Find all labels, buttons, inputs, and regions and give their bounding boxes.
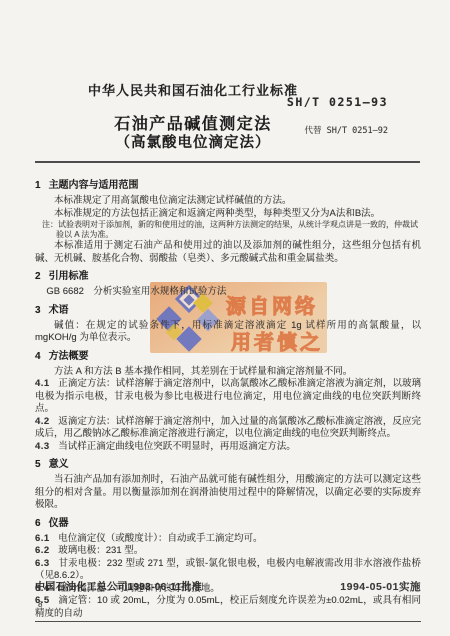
scanned-standard-page: 中华人民共和国石油化工行业标准 SH/T 0251—93 石油产品碱值测定法 （…	[0, 0, 450, 636]
paragraph: 6.5滴定管：10 或 20mL，分度为 0.05mL，校正后刻度允许误差为±0…	[35, 595, 421, 622]
paragraph: 6.1电位滴定仪（或酸度计）：自动或手工滴定均可。	[35, 533, 421, 546]
replaces-note: 代替 SH/T 0251—92	[304, 124, 388, 136]
paragraph: 本标准规定的方法包括正滴定和返滴定两种类型，每种类型又分为A法和B法。	[35, 208, 421, 221]
section-heading-5: 5意义	[35, 458, 421, 471]
section-heading-4: 4方法概要	[35, 350, 421, 363]
paragraph: 方法 A 和方法 B 基本操作相同，其差别在于试样量和滴定溶剂量不同。	[35, 366, 421, 379]
paragraph: 4.3当试样正滴定曲线电位突跃不明显时，再用返滴定方法。	[35, 441, 421, 454]
paragraph: 6.2玻璃电极：231 型。	[35, 545, 421, 558]
paragraph: GB 6682 分析实验室用水规格和试验方法	[35, 286, 421, 299]
footer: 中国石油化工总公司1993-06-11批准 1994-05-01实施	[35, 578, 421, 594]
section-heading-2: 2引用标准	[35, 270, 421, 283]
standard-code: SH/T 0251—93	[287, 95, 388, 109]
section-heading-1: 1主题内容与适用范围	[35, 179, 421, 192]
paragraph: 注：试验表明对于添加剂，新的和使用过的油，这两种方法测定的结果，从统计学观点讲是…	[35, 220, 421, 240]
paragraph: 4.1正滴定方法：试样溶解于滴定溶剂中，以高氯酸冰乙酸标准滴定溶液为滴定剂，以玻…	[35, 378, 421, 416]
document-body: 1主题内容与适用范围本标准规定了用高氯酸电位滴定法测定试样碱值的方法。本标准规定…	[35, 174, 421, 622]
paragraph: 碱值：在规定的试验条件下，用标准滴定溶液滴定 1g 试样所用的高氯酸量，以 mg…	[35, 320, 421, 345]
section-heading-3: 3术语	[35, 304, 421, 317]
paragraph: 当石油产品加有添加剂时，石油产品就可能有碱性组分，用酸滴定的方法可以测定这些组分…	[35, 474, 421, 512]
approval-line: 中国石油化工总公司1993-06-11批准	[35, 578, 202, 593]
page-number: 8	[38, 600, 42, 609]
paragraph: 4.2返滴定方法：试样溶解于滴定溶剂中，加入过量的高氯酸冰乙酸标准滴定溶液，反应…	[35, 416, 421, 441]
header-divider	[35, 161, 420, 163]
paragraph: 本标准适用于测定石油产品和使用过的油以及添加剂的碱性组分，这些组分包括有机碱、无…	[35, 240, 421, 265]
paragraph: 本标准规定了用高氯酸电位滴定法测定试样碱值的方法。	[35, 195, 421, 208]
implementation-date: 1994-05-01实施	[340, 579, 421, 594]
section-heading-6: 6仪器	[35, 517, 421, 530]
